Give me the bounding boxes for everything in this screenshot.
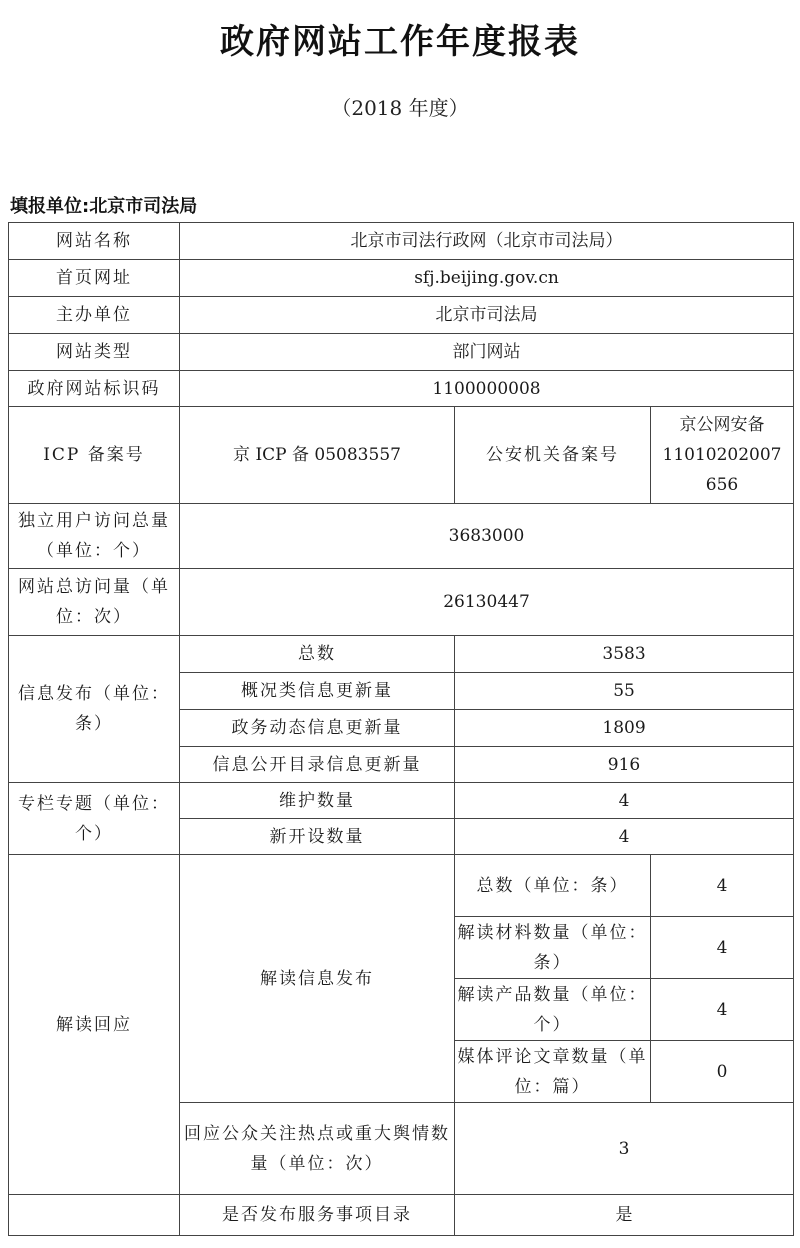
homepage-url-label: 首页网址 [9,260,180,297]
site-type-label: 网站类型 [9,334,180,371]
filler-unit: 填报单位:北京市司法局 [10,192,197,218]
interpretation-label: 解读回应 [9,855,180,1195]
total-visits-label: 网站总访问量（单位：次） [9,569,180,636]
columns-row-value: 4 [455,783,794,819]
response-value: 3 [455,1103,794,1195]
info-publish-row-label: 总数 [180,636,455,673]
service-catalog-value: 是 [455,1195,794,1236]
info-publish-row-label: 信息公开目录信息更新量 [180,747,455,783]
site-code-label: 政府网站标识码 [9,371,180,407]
table-row: ICP 备案号 京 ICP 备 05083557 公安机关备案号 京公网安备 1… [9,407,794,504]
response-label: 回应公众关注热点或重大舆情数量（单位：次） [180,1103,455,1195]
empty-cell [9,1195,180,1236]
police-record-label: 公安机关备案号 [455,407,651,504]
info-publish-row-value: 3583 [455,636,794,673]
icp-value: 京 ICP 备 05083557 [180,407,455,504]
report-title: 政府网站工作年度报表 [0,14,800,63]
columns-row-label: 新开设数量 [180,819,455,855]
site-type-value: 部门网站 [180,334,794,371]
info-publish-label: 信息发布（单位：条） [9,636,180,783]
interpretation-row-value: 4 [651,917,794,979]
interpretation-row-value: 0 [651,1041,794,1103]
homepage-url-value: sfj.beijing.gov.cn [180,260,794,297]
site-code-value: 1100000008 [180,371,794,407]
police-record-value: 京公网安备 11010202007 656 [651,407,794,504]
interpretation-row-label: 总数（单位：条） [455,855,651,917]
interpretation-row-label: 解读产品数量（单位：个） [455,979,651,1041]
table-row: 网站名称 北京市司法行政网（北京市司法局） [9,223,794,260]
interpretation-row-label: 解读材料数量（单位：条） [455,917,651,979]
table-row: 首页网址 sfj.beijing.gov.cn [9,260,794,297]
table-row: 专栏专题（单位：个） 维护数量 4 [9,783,794,819]
interpretation-row-label: 媒体评论文章数量（单位：篇） [455,1041,651,1103]
unique-visitors-label: 独立用户访问总量（单位：个） [9,504,180,569]
info-publish-row-value: 1809 [455,710,794,747]
columns-row-label: 维护数量 [180,783,455,819]
table-row: 网站类型 部门网站 [9,334,794,371]
table-row: 主办单位 北京市司法局 [9,297,794,334]
total-visits-value: 26130447 [180,569,794,636]
info-publish-row-label: 政务动态信息更新量 [180,710,455,747]
table-row: 信息发布（单位：条） 总数 3583 [9,636,794,673]
interpretation-row-value: 4 [651,855,794,917]
info-publish-row-value: 55 [455,673,794,710]
sponsor-label: 主办单位 [9,297,180,334]
report-table: 网站名称 北京市司法行政网（北京市司法局） 首页网址 sfj.beijing.g… [8,222,794,1236]
table-row: 解读回应 解读信息发布 总数（单位：条） 4 [9,855,794,917]
table-row: 政府网站标识码 1100000008 [9,371,794,407]
columns-label: 专栏专题（单位：个） [9,783,180,855]
site-name-label: 网站名称 [9,223,180,260]
site-name-value: 北京市司法行政网（北京市司法局） [180,223,794,260]
table-row: 是否发布服务事项目录 是 [9,1195,794,1236]
sponsor-value: 北京市司法局 [180,297,794,334]
interpretation-publish-label: 解读信息发布 [180,855,455,1103]
info-publish-row-label: 概况类信息更新量 [180,673,455,710]
table-row: 独立用户访问总量（单位：个） 3683000 [9,504,794,569]
info-publish-row-value: 916 [455,747,794,783]
unique-visitors-value: 3683000 [180,504,794,569]
service-catalog-label: 是否发布服务事项目录 [180,1195,455,1236]
interpretation-row-value: 4 [651,979,794,1041]
icp-label: ICP 备案号 [9,407,180,504]
report-year: （2018 年度） [0,92,800,121]
table-row: 网站总访问量（单位：次） 26130447 [9,569,794,636]
columns-row-value: 4 [455,819,794,855]
